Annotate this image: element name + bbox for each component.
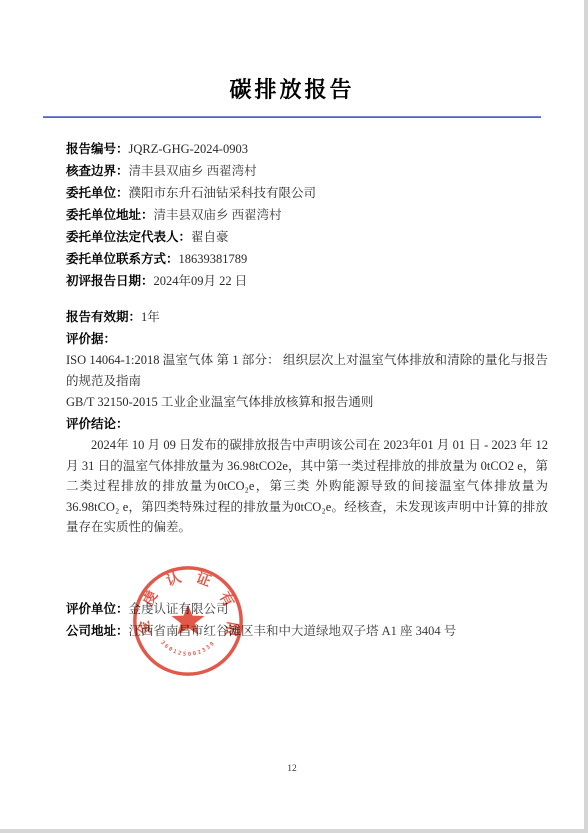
info-row-company-address: 公司地址：江西省南昌市红谷滩区丰和中大道绿地双子塔 A1 座 3404 号 (66, 620, 548, 642)
conclusion-paragraph: 2024年 10 月 09 日发布的碳排放报告中声明该公司在 2023年01 月… (66, 435, 548, 538)
evaluation-section: 报告有效期：1年 评价据： ISO 14064-1:2018 温室气体 第 1 … (66, 306, 548, 538)
report-content: 报告编号：JQRZ-GHG-2024-0903 核查边界：清丰县双庙乡 西翟湾村… (66, 138, 548, 642)
basis-item-iso: ISO 14064-1:2018 温室气体 第 1 部分： 组织层次上对温室气体… (66, 350, 548, 392)
field-label: 委托单位联系方式： (66, 252, 179, 266)
field-label: 报告有效期： (66, 310, 141, 324)
field-label: 评价结论： (66, 417, 129, 431)
info-row-initial-report-date: 初评报告日期：2024年09月 22 日 (66, 270, 548, 292)
info-row-evaluation-unit: 评价单位：金虔认证有限公司 (66, 598, 548, 620)
info-row-validity-period: 报告有效期：1年 (66, 306, 548, 328)
info-row-client: 委托单位：濮阳市东升石油钻采科技有限公司 (66, 182, 548, 204)
field-value: 濮阳市东升石油钻采科技有限公司 (129, 186, 317, 200)
field-value: 2024年09月 22 日 (154, 274, 248, 288)
field-label: 委托单位法定代表人： (66, 230, 191, 244)
basis-item-gbt: GB/T 32150-2015 工业企业温室气体排放核算和报告通则 (66, 392, 548, 413)
field-label: 核查边界： (66, 164, 129, 178)
info-row-legal-representative: 委托单位法定代表人：翟自豪 (66, 226, 548, 248)
title-divider-line (43, 116, 541, 118)
field-label: 委托单位： (66, 186, 129, 200)
evaluation-basis-heading: 评价据： (66, 328, 548, 350)
field-value: 清丰县双庙乡 西翟湾村 (129, 164, 257, 178)
field-label: 报告编号： (66, 142, 129, 156)
field-value: 1年 (141, 310, 160, 324)
field-label: 评价单位： (66, 602, 129, 616)
field-label: 初评报告日期： (66, 274, 154, 288)
evaluation-conclusion-heading: 评价结论： (66, 413, 548, 435)
page-number: 12 (0, 764, 584, 774)
field-value: 金虔认证有限公司 (129, 602, 229, 616)
info-row-client-address: 委托单位地址：清丰县双庙乡 西翟湾村 (66, 204, 548, 226)
info-row-report-number: 报告编号：JQRZ-GHG-2024-0903 (66, 138, 548, 160)
report-page: 碳排放报告 报告编号：JQRZ-GHG-2024-0903 核查边界：清丰县双庙… (0, 0, 588, 833)
info-row-verification-boundary: 核查边界：清丰县双庙乡 西翟湾村 (66, 160, 548, 182)
page-title: 碳排放报告 (0, 0, 584, 104)
field-label: 评价据： (66, 332, 116, 346)
field-value: 18639381789 (179, 252, 248, 266)
field-value: 江西省南昌市红谷滩区丰和中大道绿地双子塔 A1 座 3404 号 (129, 624, 457, 638)
report-info-section: 报告编号：JQRZ-GHG-2024-0903 核查边界：清丰县双庙乡 西翟湾村… (66, 138, 548, 292)
field-value: 翟自豪 (191, 230, 229, 244)
field-label: 委托单位地址： (66, 208, 154, 222)
field-value: 清丰县双庙乡 西翟湾村 (154, 208, 282, 222)
field-label: 公司地址： (66, 624, 129, 638)
field-value: JQRZ-GHG-2024-0903 (129, 142, 248, 156)
info-row-contact: 委托单位联系方式：18639381789 (66, 248, 548, 270)
issuer-section: 评价单位：金虔认证有限公司 公司地址：江西省南昌市红谷滩区丰和中大道绿地双子塔 … (66, 598, 548, 642)
